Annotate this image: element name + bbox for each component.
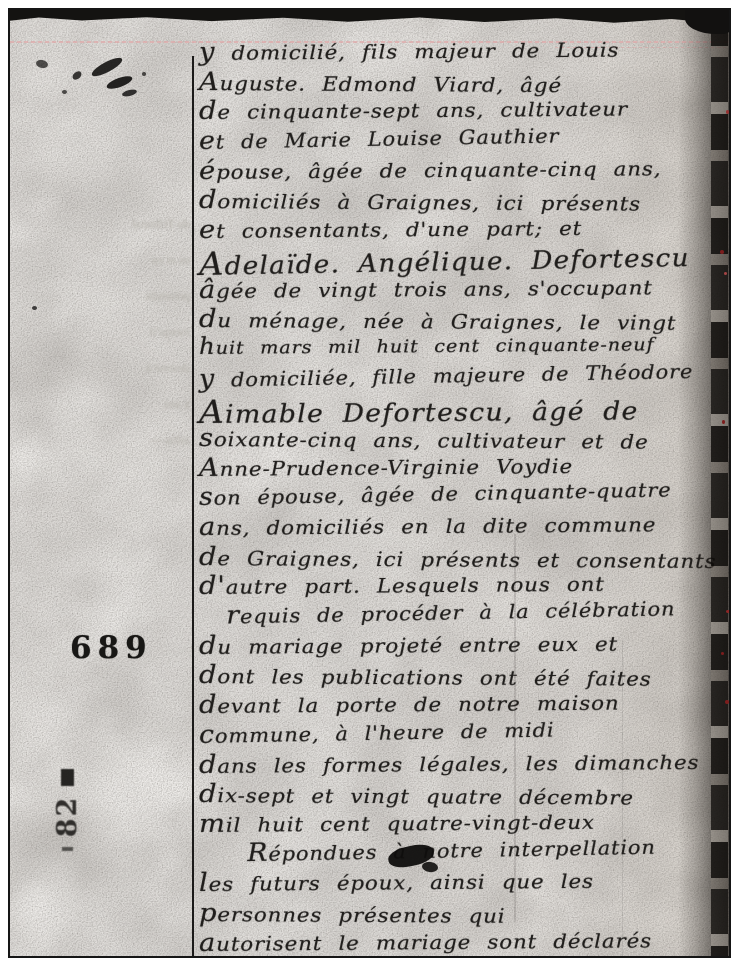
scan-area: du Tribunal us et en prétendit lorsqu'il…: [8, 8, 731, 958]
bleed-through-fragment: aillis —: [50, 422, 190, 458]
bleed-through-fragment: prétendit: [50, 278, 190, 314]
ink-blot: [90, 55, 125, 80]
bleed-through-fragment: destiné à: [50, 350, 190, 386]
bleed-through-fragment: lorsqu'il: [50, 314, 190, 350]
margin-rule-line: [192, 56, 194, 958]
scan-edge-band: [10, 10, 729, 25]
binding-gutter: [678, 10, 731, 956]
manuscript-text-block: y domicilié, fils majeur de Louis August…: [199, 37, 731, 957]
bleed-through-fragment: x ans: [50, 386, 190, 422]
red-fleck: [721, 652, 724, 655]
red-fleck: [726, 110, 729, 114]
binding-edge-marks: [711, 10, 728, 956]
manuscript-line: Aimable Defortescu, âgé de: [199, 389, 731, 423]
page-number: 689: [70, 630, 153, 666]
bleed-through-fragment: us et en: [50, 242, 190, 278]
red-fleck: [722, 420, 725, 424]
manuscript-line: les futurs époux, ainsi que les: [199, 864, 731, 898]
ink-blot: [62, 90, 67, 94]
manuscript-line: ans, domiciliés en la dite commune: [199, 507, 731, 541]
scanned-register-page: du Tribunal us et en prétendit lorsqu'il…: [0, 0, 742, 977]
red-fleck: [726, 610, 730, 613]
red-fleck: [720, 250, 724, 254]
manuscript-line: épouse, âgée de cinquante-cinq ans,: [199, 151, 731, 185]
stamp-mark: [62, 847, 73, 851]
manuscript-line: y domicilié, fils majeur de Louis: [199, 32, 731, 66]
ink-blot: [142, 72, 146, 76]
archive-stamp: 82: [49, 755, 85, 865]
ink-blot: [32, 306, 37, 310]
manuscript-line: âgée de vingt trois ans, s'occupant: [199, 270, 731, 304]
manuscript-line: du mariage projeté entre eux et: [199, 626, 731, 660]
red-fleck: [724, 272, 727, 275]
stamp-number: 82: [52, 796, 83, 838]
stamp-mark: [61, 769, 74, 786]
manuscript-line: autorisent le mariage sont déclarés: [199, 923, 731, 957]
red-fleck: [725, 700, 729, 704]
manuscript-line: dans les formes légales, les dimanches: [199, 745, 731, 779]
ink-blot: [71, 70, 83, 82]
ink-blot: [121, 88, 137, 97]
verso-bleed-through: du Tribunal us et en prétendit lorsqu'il…: [50, 206, 190, 458]
ink-blot: [35, 59, 48, 69]
bleed-through-fragment: du Tribunal: [50, 206, 190, 242]
